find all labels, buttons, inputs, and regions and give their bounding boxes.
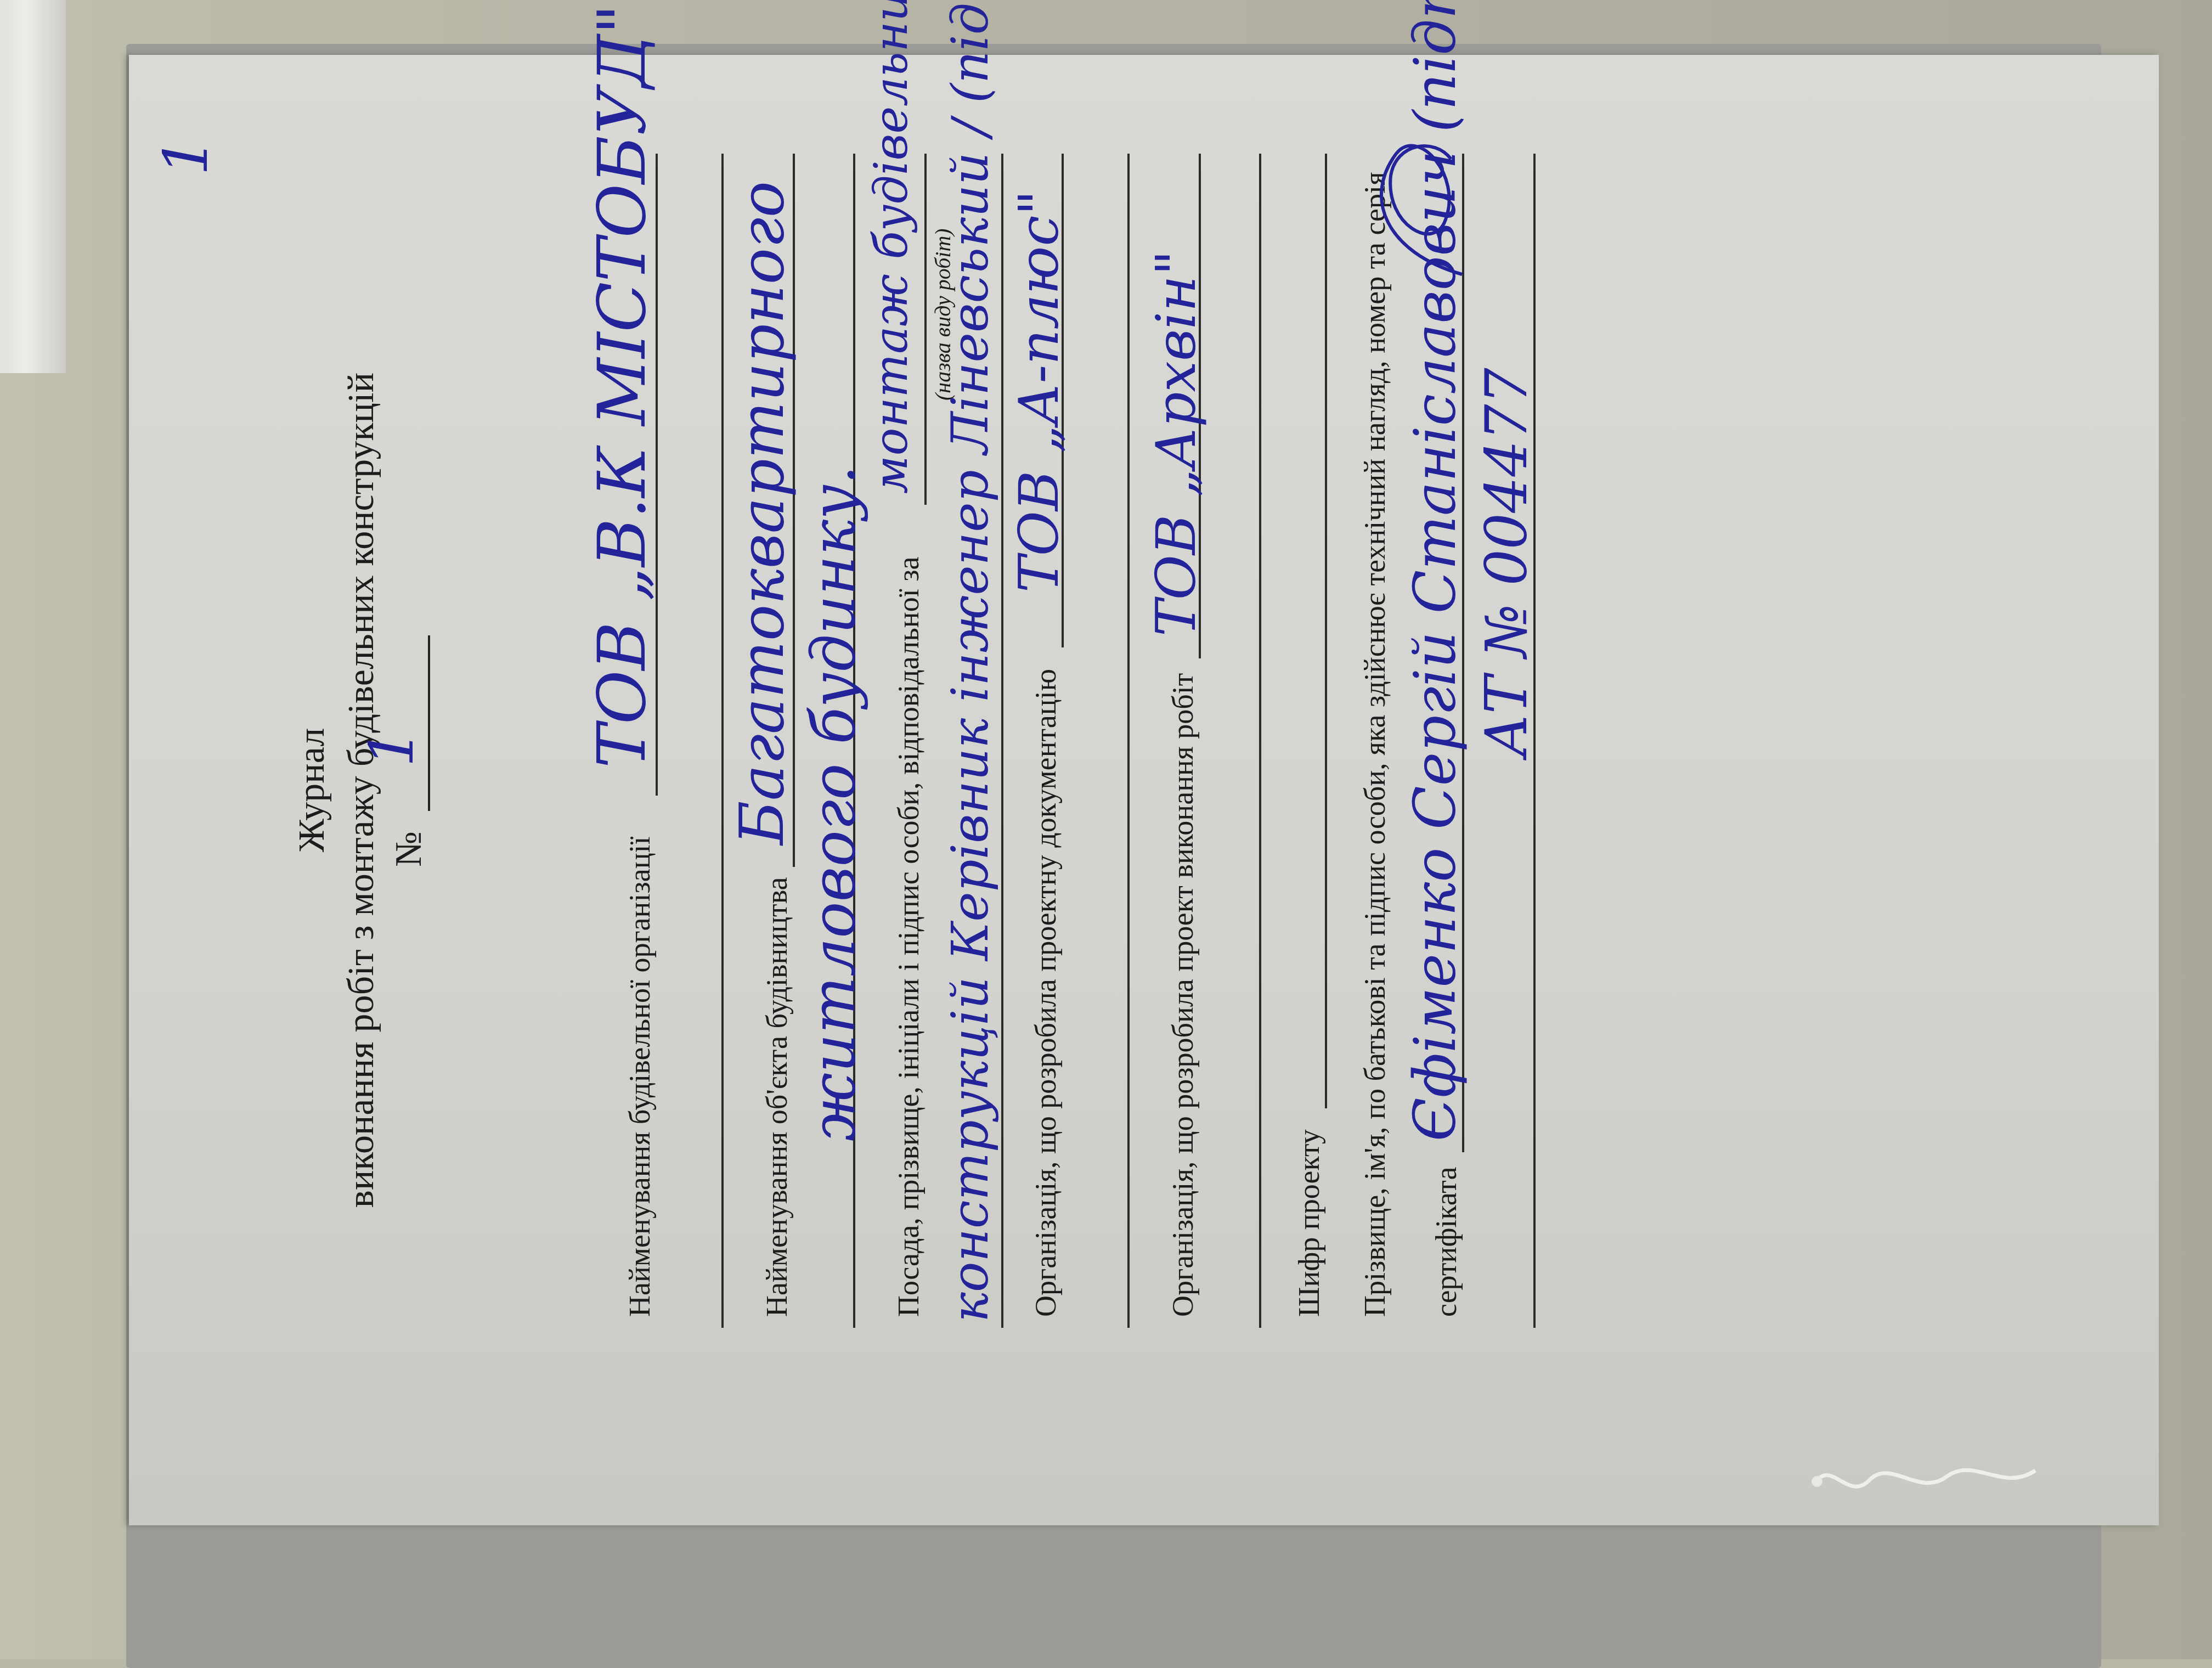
object-name-value-2: житлового будинку. (798, 465, 868, 1141)
responsible-person-line[interactable] (924, 154, 927, 505)
responsible-person-line-2[interactable] (1001, 154, 1003, 1328)
design-doc-org-line-2[interactable] (1127, 154, 1130, 1328)
number-value: 1 (357, 729, 427, 767)
form-sheet: 1 Журнал виконання робіт з монтажу будів… (129, 55, 2159, 1525)
work-type-value: монтаж будівельних (864, 0, 918, 494)
work-project-org-line-2[interactable] (1259, 154, 1261, 1328)
journal-title: Журнал (288, 55, 335, 1525)
construction-org-label: Найменування будівельної організації (623, 836, 657, 1317)
object-name-label: Найменування об'єкта будівництва (760, 877, 794, 1317)
certificate-number-value: АТ № 004477 (1473, 368, 1540, 757)
design-doc-org-value: ТОВ „А-плюс" (1007, 190, 1071, 593)
tech-supervisor-label-2: сертифіката (1429, 1167, 1463, 1317)
rotated-page-content: 1 Журнал виконання робіт з монтажу будів… (129, 55, 2159, 1525)
work-project-org-value: ТОВ „Архвін" (1144, 250, 1208, 636)
binding-thread-icon (1810, 1449, 2041, 1514)
responsible-person-label: Посада, прізвище, ініціали і підпис особ… (891, 556, 926, 1317)
number-label: № (387, 831, 429, 867)
page-number: 1 (151, 137, 221, 176)
number-blank[interactable]: 1 (395, 635, 430, 811)
work-project-org-label: Організація, що розробила проект виконан… (1166, 673, 1200, 1317)
journal-subtitle: виконання робіт з монтажу будівельних ко… (337, 55, 384, 1525)
photo-background: 1 Журнал виконання робіт з монтажу будів… (0, 0, 2212, 1659)
tech-supervisor-label-1: Прізвище, ім'я, по батькові та підпис ос… (1358, 172, 1392, 1317)
project-code-line[interactable] (1325, 154, 1327, 1108)
responsible-person-value: конструкцій Керівник інженер Ліневський … (941, 0, 1000, 1322)
journal-number: № 1 (387, 635, 430, 867)
design-doc-org-label: Організація, що розробила проектну докум… (1029, 669, 1063, 1317)
project-code-label: Шифр проекту (1292, 1129, 1326, 1317)
supervisor-signature-icon (1352, 121, 1495, 285)
object-name-value-1: Багатоквартирного (727, 181, 797, 845)
construction-org-line-2[interactable] (721, 154, 724, 1328)
construction-org-value: ТОВ „В.К МІСТОБУД" (584, 4, 661, 768)
plastic-sleeve (0, 0, 67, 373)
